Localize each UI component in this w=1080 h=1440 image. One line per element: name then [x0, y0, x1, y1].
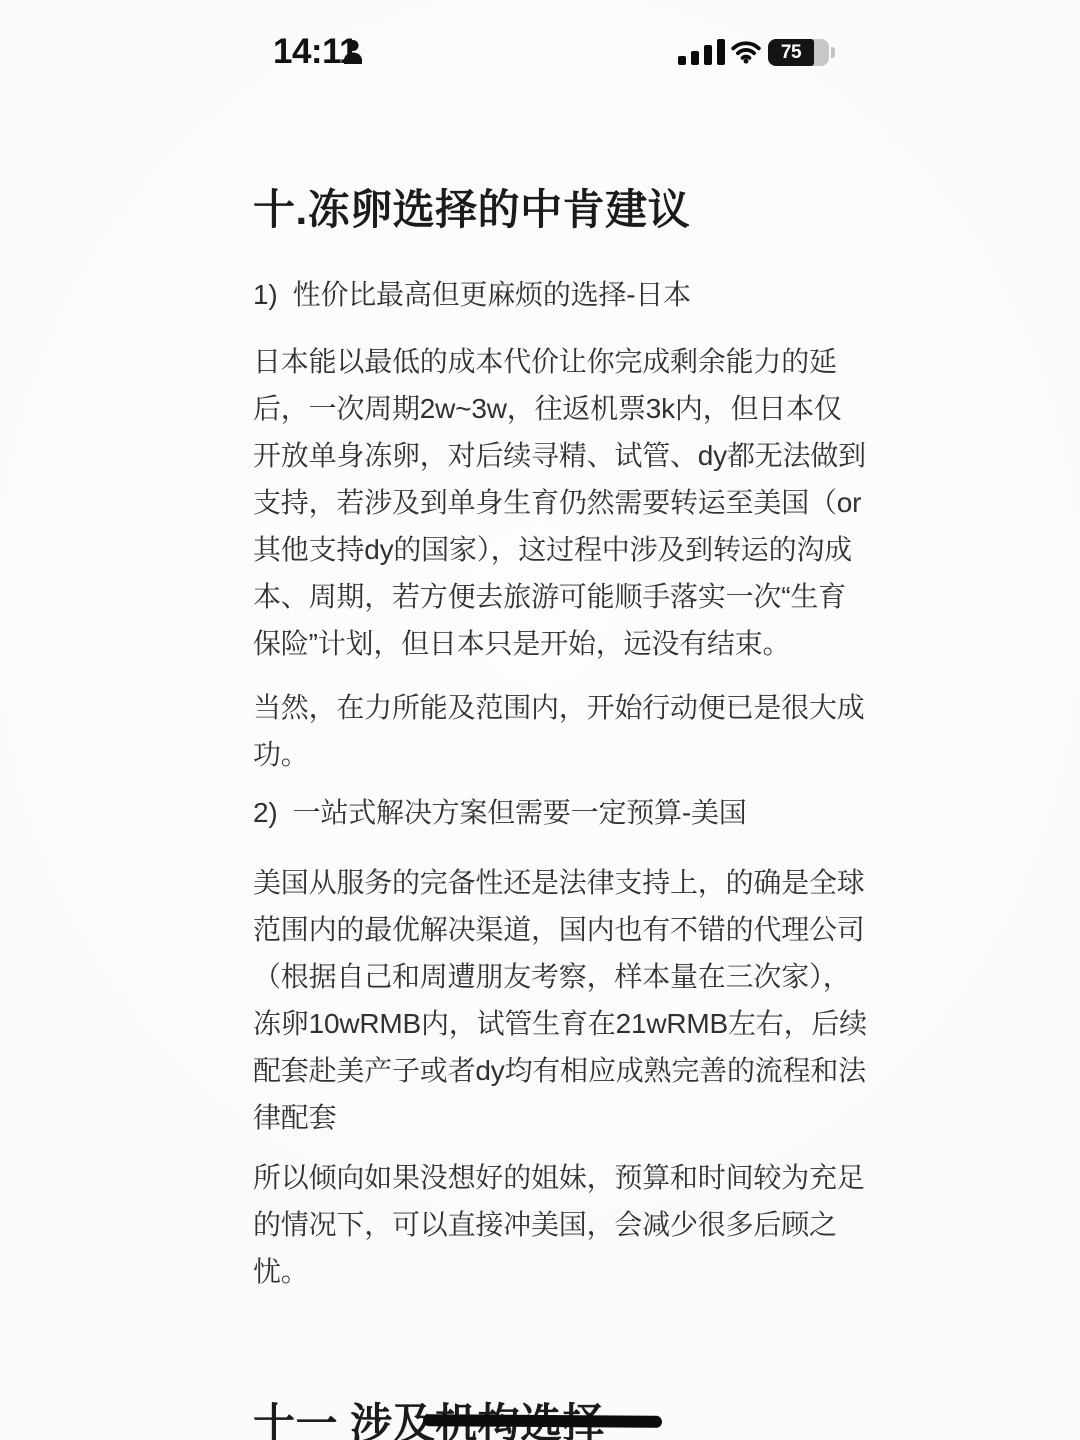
list-item-us: 2) 一站式解决方案但需要一定预算-美国	[253, 789, 953, 836]
section-10-heading: 十.冻卵选择的中肯建议	[253, 187, 953, 233]
paragraph-us: 美国从服务的完备性还是法律支持上，的确是全球 范围内的最优解决渠道，国内也有不错…	[253, 859, 953, 1141]
document-content: 十.冻卵选择的中肯建议 1) 性价比最高但更麻烦的选择-日本 日本能以最低的成本…	[0, 0, 1080, 1440]
strikethrough-marker	[423, 1414, 662, 1428]
paragraph-japan: 日本能以最低的成本代价让你完成剩余能力的延 后，一次周期2w~3w，往返机票3k…	[253, 338, 953, 667]
paragraph-encouragement: 当然，在力所能及范围内，开始行动便已是很大成 功。	[253, 684, 953, 778]
list-item-japan: 1) 性价比最高但更麻烦的选择-日本	[253, 271, 953, 318]
paragraph-advice: 所以倾向如果没想好的姐妹，预算和时间较为充足 的情况下，可以直接冲美国，会减少很…	[253, 1154, 953, 1295]
phone-screen: 14:11 75	[0, 0, 1080, 1440]
